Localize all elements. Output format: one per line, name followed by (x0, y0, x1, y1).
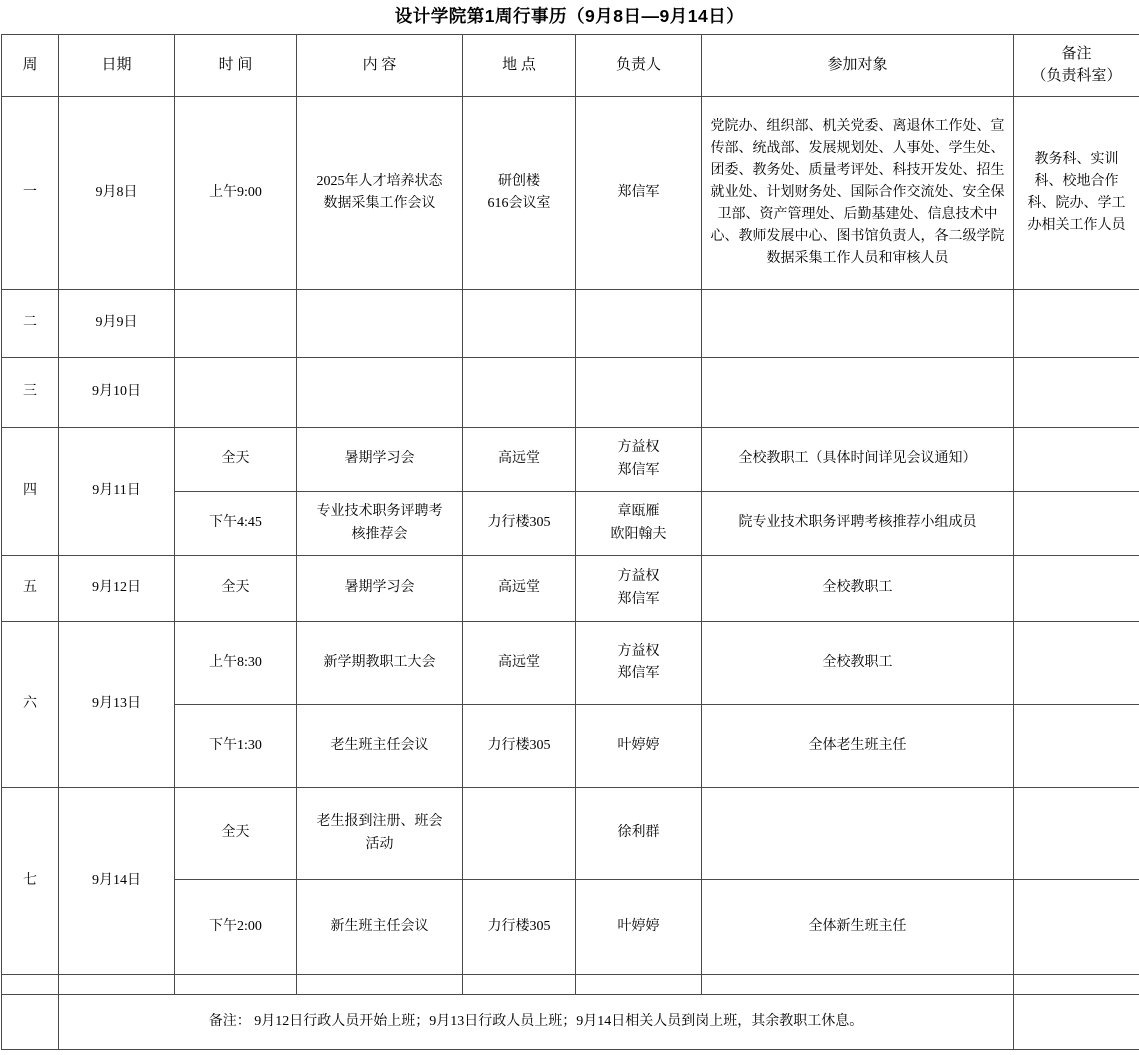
cell-time: 下午2:00 (175, 880, 297, 975)
cell-date: 9月8日 (59, 97, 175, 290)
footer-right-cell (1014, 995, 1139, 1050)
cell-date: 9月14日 (59, 788, 175, 975)
cell-participants: 院专业技术职务评聘考核推荐小组成员 (702, 492, 1014, 556)
spacer-row (2, 975, 1139, 995)
cell-note (1014, 290, 1139, 358)
cell-lead: 徐利群 (576, 788, 702, 880)
spacer-cell (1014, 975, 1139, 995)
spacer-cell (297, 975, 463, 995)
cell-date: 9月12日 (59, 556, 175, 622)
cell-content: 新学期教职工大会 (297, 622, 463, 705)
row-thursday-1: 四 9月11日 全天 暑期学习会 高远堂 方益权 郑信军 全校教职工（具体时间详… (2, 428, 1139, 492)
cell-lead (576, 290, 702, 358)
cell-date: 9月9日 (59, 290, 175, 358)
cell-note (1014, 556, 1139, 622)
cell-content (297, 358, 463, 428)
cell-time: 下午1:30 (175, 705, 297, 788)
row-monday: 一 9月8日 上午9:00 2025年人才培养状态 数据采集工作会议 研创楼 6… (2, 97, 1139, 290)
cell-location (463, 788, 576, 880)
footer-remark: 备注： 9月12日行政人员开始上班；9月13日行政人员上班；9月14日相关人员到… (59, 995, 1014, 1050)
cell-note (1014, 428, 1139, 492)
cell-content: 2025年人才培养状态 数据采集工作会议 (297, 97, 463, 290)
cell-content: 新生班主任会议 (297, 880, 463, 975)
schedule-table: 周 日期 时 间 内 容 地 点 负责人 参加对象 备注 （负责科室） 一 9月… (1, 34, 1139, 1050)
cell-location: 力行楼305 (463, 705, 576, 788)
cell-participants: 全体新生班主任 (702, 880, 1014, 975)
cell-lead: 方益权 郑信军 (576, 428, 702, 492)
cell-participants: 党院办、组织部、机关党委、离退休工作处、宣传部、统战部、发展规划处、人事处、学生… (702, 97, 1014, 290)
cell-note (1014, 705, 1139, 788)
cell-location (463, 290, 576, 358)
row-wednesday: 三 9月10日 (2, 358, 1139, 428)
cell-participants: 全体老生班主任 (702, 705, 1014, 788)
schedule-page: 设计学院第1周行事历（9月8日—9月14日） 周 日期 时 间 内 容 地 点 … (0, 0, 1139, 1055)
cell-location (463, 358, 576, 428)
row-saturday-1: 六 9月13日 上午8:30 新学期教职工大会 高远堂 方益权 郑信军 全校教职… (2, 622, 1139, 705)
cell-location: 高远堂 (463, 556, 576, 622)
cell-week: 六 (2, 622, 59, 788)
row-friday: 五 9月12日 全天 暑期学习会 高远堂 方益权 郑信军 全校教职工 (2, 556, 1139, 622)
cell-note (1014, 788, 1139, 880)
cell-participants: 全校教职工（具体时间详见会议通知） (702, 428, 1014, 492)
cell-week: 一 (2, 97, 59, 290)
footer-row: 备注： 9月12日行政人员开始上班；9月13日行政人员上班；9月14日相关人员到… (2, 995, 1139, 1050)
row-sunday-1: 七 9月14日 全天 老生报到注册、班会 活动 徐利群 (2, 788, 1139, 880)
cell-note (1014, 358, 1139, 428)
cell-lead: 方益权 郑信军 (576, 556, 702, 622)
cell-date: 9月11日 (59, 428, 175, 556)
page-title: 设计学院第1周行事历（9月8日—9月14日） (0, 0, 1139, 34)
cell-lead: 郑信军 (576, 97, 702, 290)
header-cell-week: 周 (2, 35, 59, 97)
cell-week: 三 (2, 358, 59, 428)
spacer-cell (2, 975, 59, 995)
cell-participants: 全校教职工 (702, 622, 1014, 705)
cell-participants (702, 290, 1014, 358)
cell-location: 研创楼 616会议室 (463, 97, 576, 290)
cell-time: 下午4:45 (175, 492, 297, 556)
header-cell-lead: 负责人 (576, 35, 702, 97)
cell-location: 力行楼305 (463, 492, 576, 556)
footer-left-cell (2, 995, 59, 1050)
cell-time: 上午9:00 (175, 97, 297, 290)
spacer-cell (702, 975, 1014, 995)
cell-participants: 全校教职工 (702, 556, 1014, 622)
cell-time: 全天 (175, 556, 297, 622)
cell-time: 上午8:30 (175, 622, 297, 705)
row-tuesday: 二 9月9日 (2, 290, 1139, 358)
cell-lead (576, 358, 702, 428)
cell-content: 暑期学习会 (297, 428, 463, 492)
cell-note (1014, 622, 1139, 705)
cell-content (297, 290, 463, 358)
cell-time: 全天 (175, 428, 297, 492)
cell-lead: 叶婷婷 (576, 705, 702, 788)
header-cell-time: 时 间 (175, 35, 297, 97)
cell-lead: 叶婷婷 (576, 880, 702, 975)
header-cell-content: 内 容 (297, 35, 463, 97)
cell-time (175, 290, 297, 358)
cell-lead: 章瓯雁 欧阳翰夫 (576, 492, 702, 556)
cell-week: 二 (2, 290, 59, 358)
cell-week: 四 (2, 428, 59, 556)
header-cell-date: 日期 (59, 35, 175, 97)
spacer-cell (576, 975, 702, 995)
cell-location: 高远堂 (463, 622, 576, 705)
cell-content: 老生报到注册、班会 活动 (297, 788, 463, 880)
header-cell-participants: 参加对象 (702, 35, 1014, 97)
spacer-cell (175, 975, 297, 995)
cell-time: 全天 (175, 788, 297, 880)
cell-content: 专业技术职务评聘考 核推荐会 (297, 492, 463, 556)
cell-note (1014, 492, 1139, 556)
cell-participants (702, 358, 1014, 428)
cell-content: 老生班主任会议 (297, 705, 463, 788)
cell-week: 五 (2, 556, 59, 622)
cell-location: 力行楼305 (463, 880, 576, 975)
header-cell-note: 备注 （负责科室） (1014, 35, 1139, 97)
cell-content: 暑期学习会 (297, 556, 463, 622)
cell-lead: 方益权 郑信军 (576, 622, 702, 705)
cell-note (1014, 880, 1139, 975)
header-row: 周 日期 时 间 内 容 地 点 负责人 参加对象 备注 （负责科室） (2, 35, 1139, 97)
cell-participants (702, 788, 1014, 880)
header-cell-location: 地 点 (463, 35, 576, 97)
cell-time (175, 358, 297, 428)
cell-week: 七 (2, 788, 59, 975)
spacer-cell (59, 975, 175, 995)
spacer-cell (463, 975, 576, 995)
cell-date: 9月13日 (59, 622, 175, 788)
cell-location: 高远堂 (463, 428, 576, 492)
cell-note: 教务科、实训科、校地合作科、院办、学工办相关工作人员 (1014, 97, 1139, 290)
cell-date: 9月10日 (59, 358, 175, 428)
